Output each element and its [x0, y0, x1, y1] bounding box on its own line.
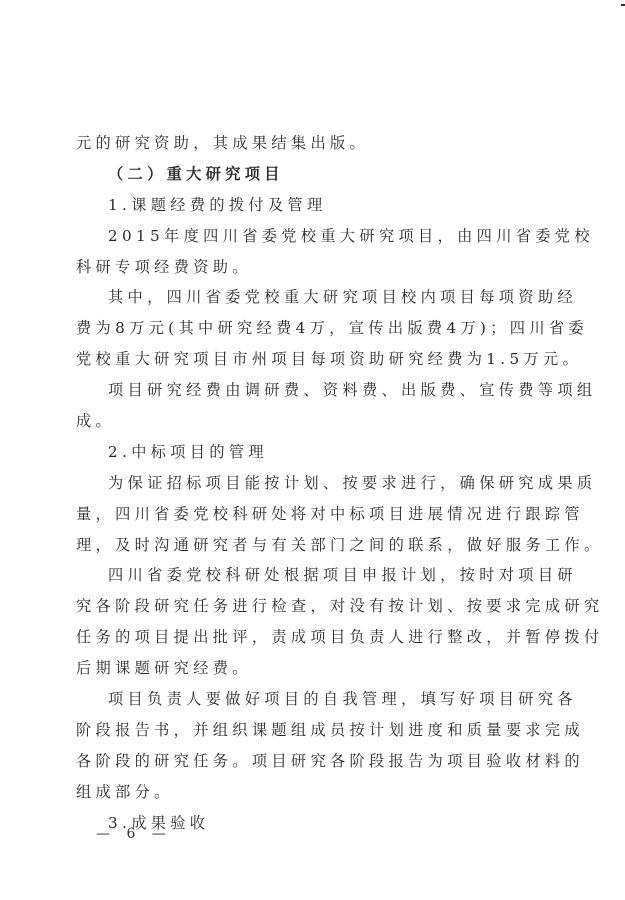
text-line: 量，四川省委党校科研处将对中标项目进展情况进行跟踪管	[76, 499, 548, 530]
text-line: 四川省委党校科研处根据项目申报计划，按时对项目研	[76, 560, 548, 591]
scan-mark	[621, 4, 625, 6]
text-line: 组成部分。	[76, 777, 548, 808]
text-line: 党校重大研究项目市州项目每项资助研究经费为1.5万元。	[76, 344, 548, 375]
text-line: 阶段报告书，并组织课题组成员按计划进度和质量要求完成	[76, 715, 548, 746]
text-line: 项目研究经费由调研费、资料费、出版费、宣传费等项组	[76, 375, 548, 406]
text-line: 理，及时沟通研究者与有关部门之间的联系，做好服务工作。	[76, 530, 548, 561]
text-line: 科研专项经费资助。	[76, 252, 548, 283]
text-line: 为保证招标项目能按计划、按要求进行，确保研究成果质	[76, 468, 548, 499]
subsection-heading: 1.课题经费的拨付及管理	[76, 190, 548, 221]
text-line: 项目负责人要做好项目的自我管理，填写好项目研究各	[76, 684, 548, 715]
text-line: 其中，四川省委党校重大研究项目校内项目每项资助经	[76, 282, 548, 313]
text-line: 各阶段的研究任务。项目研究各阶段报告为项目验收材料的	[76, 746, 548, 777]
text-line: 元的研究资助，其成果结集出版。	[76, 128, 548, 159]
text-line: 究各阶段研究任务进行检查，对没有按计划、按要求完成研究	[76, 591, 548, 622]
text-line: 成。	[76, 406, 548, 437]
page-number: — 6 —	[96, 826, 172, 842]
text-line: 任务的项目提出批评，责成项目负责人进行整改，并暂停拨付	[76, 622, 548, 653]
section-heading: （二）重大研究项目	[76, 159, 548, 190]
subsection-heading: 2.中标项目的管理	[76, 437, 548, 468]
document-body: 元的研究资助，其成果结集出版。 （二）重大研究项目 1.课题经费的拨付及管理 2…	[76, 128, 548, 838]
text-line: 费为8万元(其中研究经费4万，宣传出版费4万)；四川省委	[76, 313, 548, 344]
text-line: 2015年度四川省委党校重大研究项目，由四川省委党校	[76, 221, 548, 252]
text-line: 后期课题研究经费。	[76, 653, 548, 684]
